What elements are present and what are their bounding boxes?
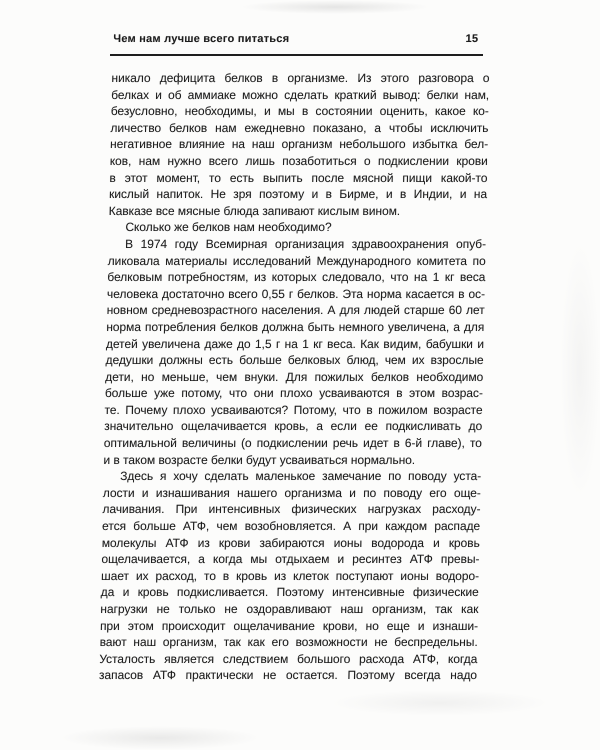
text-line: при этом происходит ощелачивание крови, … <box>100 618 478 635</box>
header-rule <box>110 54 483 56</box>
page-number: 15 <box>465 33 478 45</box>
text-line: В 1974 году Всемирная организация здраво… <box>108 236 486 253</box>
text-block: никало дефицита белков в организме. Из э… <box>99 70 490 684</box>
text-line: белковым потребностям, из которых следов… <box>107 269 485 286</box>
text-line: личество белков нам ежедневно показано, … <box>110 120 488 137</box>
text-line: лости и изнашивания нашего организма и п… <box>103 485 481 502</box>
text-line: никало дефицита белков в организме. Из э… <box>111 70 489 87</box>
text-line: Усталость является следствием большого р… <box>99 651 477 668</box>
text-line: вают наш организм, так как его возможнос… <box>100 634 478 651</box>
text-line: Кавказе все мясные блюда запивают кислым… <box>109 203 487 220</box>
text-line: те. Почему плохо усваиваются? Потому, чт… <box>104 402 482 419</box>
text-line: ется больше АТФ, чем возобновляется. А п… <box>102 518 480 535</box>
text-line: в этот момент, то есть выпить после мясн… <box>109 170 487 187</box>
text-line: молекулы АТФ из крови забираются ионы во… <box>102 535 480 552</box>
text-line: дедушки должны есть больше белковых блюд… <box>105 352 483 369</box>
text-line: детей увеличена даже до 1,5 г на 1 кг ве… <box>106 336 484 353</box>
text-line: запасов АТФ практически не остается. Поэ… <box>99 667 477 684</box>
page-content: Чем нам лучше всего питаться 15 никало д… <box>0 0 600 750</box>
text-line: ков, нам нужно всего лишь позаботиться о… <box>110 153 488 170</box>
text-line: нагрузки не только не оздоравливают наш … <box>100 601 478 618</box>
text-line: новном средневозрастного населения. А дл… <box>106 302 484 319</box>
text-line: Сколько же белков нам необходимо? <box>108 219 486 236</box>
text-line: лачивания. При интенсивных физических на… <box>102 501 480 518</box>
text-line: и в таком возрасте белки будут усваивать… <box>103 452 481 469</box>
text-line: человека достаточно всего 0,55 г белков.… <box>107 286 485 303</box>
text-line: шает их расход, то в кровь из клеток пос… <box>101 568 479 585</box>
text-line: белках и об аммиаке можно сделать кратки… <box>111 87 489 104</box>
text-line: ликовала материалы исследований Междунар… <box>108 253 486 270</box>
book-page-scan: Чем нам лучше всего питаться 15 никало д… <box>0 0 600 750</box>
text-line: оптимальной величины (о подкислении речь… <box>104 435 482 452</box>
text-line: норма потребления белков должна быть нем… <box>106 319 484 336</box>
text-line: кислый напиток. Не зря поэтому и в Бирме… <box>109 186 487 203</box>
running-head: Чем нам лучше всего питаться 15 <box>113 33 478 45</box>
text-line: значительно ощелачивается кровь, а если … <box>104 418 482 435</box>
running-head-title: Чем нам лучше всего питаться <box>113 33 289 45</box>
text-line: Здесь я хочу сделать маленькое замечание… <box>103 468 481 485</box>
text-line: негативное влияние на наш организм небол… <box>110 136 488 153</box>
text-line: дети, но меньше, чем внуки. Для пожилых … <box>105 369 483 386</box>
text-line: больше уже потому, что они плохо усваива… <box>105 385 483 402</box>
text-line: безусловно, необходимы, и мы в состоянии… <box>111 103 489 120</box>
text-line: да и кровь подкисливается. Поэтому интен… <box>101 584 479 601</box>
text-line: ощелачивается, а когда мы отдыхаем и рес… <box>101 551 479 568</box>
